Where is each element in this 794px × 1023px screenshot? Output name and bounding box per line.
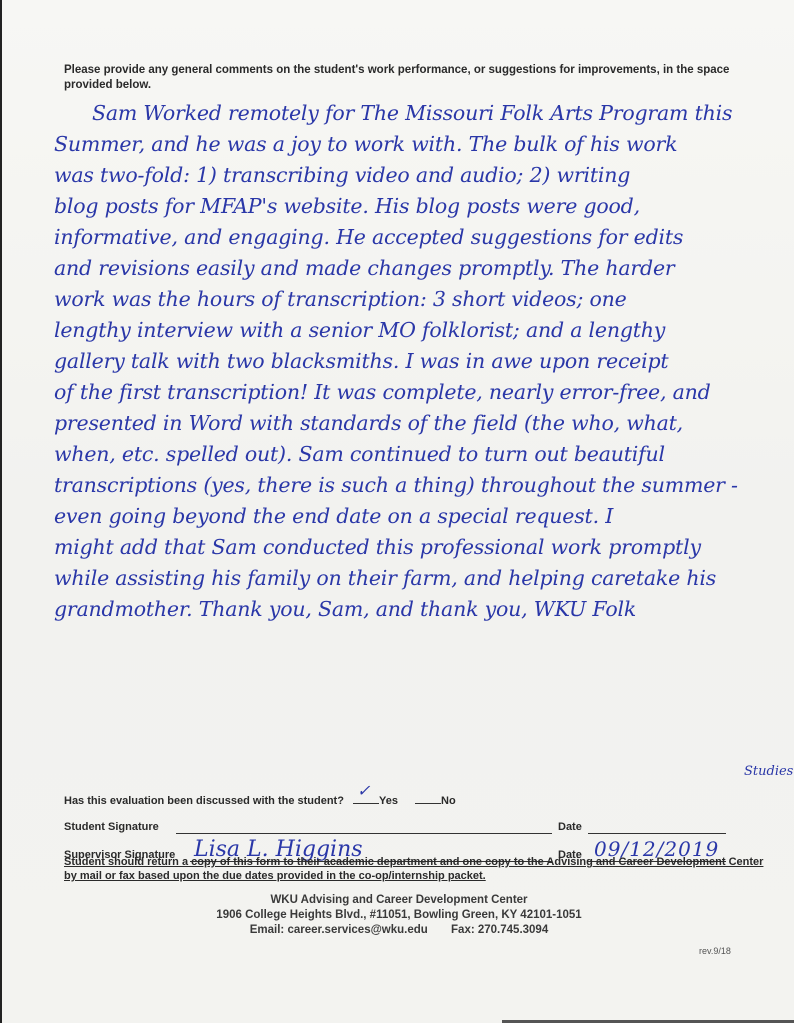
yes-label: Yes: [379, 795, 398, 807]
student-signature-field[interactable]: [176, 821, 552, 834]
handwritten-comments: Sam Worked remotely for The Missouri Fol…: [54, 98, 794, 625]
revision-label: rev.9/18: [699, 946, 731, 956]
discussed-question-label: Has this evaluation been discussed with …: [64, 795, 344, 807]
footer: WKU Advising and Career Development Cent…: [2, 893, 794, 938]
comment-line: grandmother. Thank you, Sam, and thank y…: [54, 594, 794, 625]
comment-line: blog posts for MFAP's website. His blog …: [54, 191, 794, 222]
comment-line: and revisions easily and made changes pr…: [54, 253, 794, 284]
footer-contact: Email: career.services@wku.edu Fax: 270.…: [2, 923, 794, 938]
footer-fax: Fax: 270.745.3094: [451, 924, 548, 936]
comment-line: while assisting his family on their farm…: [54, 563, 794, 594]
student-date-label: Date: [558, 821, 582, 833]
comment-line: of the first transcription! It was compl…: [54, 377, 794, 408]
comment-line: transcriptions (yes, there is such a thi…: [54, 470, 794, 501]
comment-line: even going beyond the end date on a spec…: [54, 501, 794, 532]
check-mark-icon: ✓: [357, 781, 370, 800]
return-instructions: Student should return a copy of this for…: [64, 855, 764, 883]
footer-email: Email: career.services@wku.edu: [250, 924, 428, 936]
comment-line: presented in Word with standards of the …: [54, 408, 794, 439]
no-blank[interactable]: [415, 793, 441, 804]
footer-org: WKU Advising and Career Development Cent…: [2, 893, 794, 908]
comment-line: gallery talk with two blacksmiths. I was…: [54, 346, 794, 377]
yes-blank[interactable]: ✓: [353, 793, 379, 804]
comment-line: informative, and engaging. He accepted s…: [54, 222, 794, 253]
student-signature-label: Student Signature: [64, 821, 159, 833]
student-signature-row: Student Signature Date: [64, 821, 764, 833]
evaluation-form-page: Please provide any general comments on t…: [0, 0, 794, 1023]
comment-line: lengthy interview with a senior MO folkl…: [54, 315, 794, 346]
no-label: No: [441, 795, 456, 807]
comment-line: Summer, and he was a joy to work with. T…: [54, 129, 794, 160]
discussed-question-row: Has this evaluation been discussed with …: [64, 793, 456, 807]
comment-sign-off: Studies.: [744, 764, 794, 779]
comment-line: might add that Sam conducted this profes…: [54, 532, 794, 563]
comment-line: was two-fold: 1) transcribing video and …: [54, 160, 794, 191]
comment-line: Sam Worked remotely for The Missouri Fol…: [54, 98, 794, 129]
comment-line: work was the hours of transcription: 3 s…: [54, 284, 794, 315]
student-date-field[interactable]: [588, 821, 726, 834]
comments-instructions: Please provide any general comments on t…: [64, 63, 764, 93]
footer-address: 1906 College Heights Blvd., #11051, Bowl…: [2, 908, 794, 923]
comment-line: when, etc. spelled out). Sam continued t…: [54, 439, 794, 470]
